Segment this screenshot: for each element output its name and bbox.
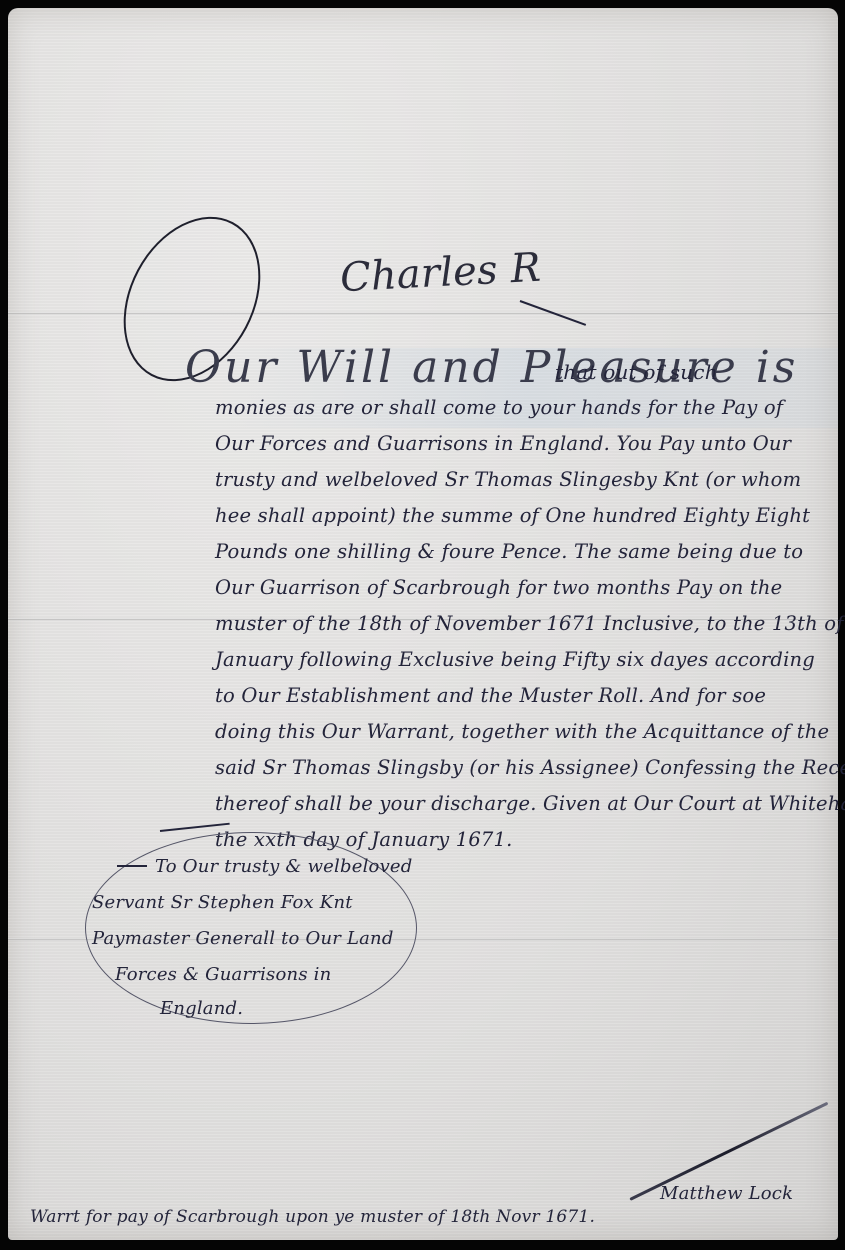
body-line-9: January following Exclusive being Fifty … <box>215 648 815 671</box>
body-line-3: Our Forces and Guarrisons in England. Yo… <box>215 432 791 455</box>
address-line-5: England. <box>160 998 243 1019</box>
address-line-3: Paymaster Generall to Our Land <box>92 928 394 949</box>
body-line-12: said Sr Thomas Slingsby (or his Assignee… <box>215 756 845 779</box>
body-line-4: trusty and welbeloved Sr Thomas Slingesb… <box>215 468 801 491</box>
endorsement-note: Warrt for pay of Scarbrough upon ye must… <box>30 1207 595 1227</box>
body-line-10: to Our Establishment and the Muster Roll… <box>215 684 766 707</box>
body-line-13: thereof shall be your discharge. Given a… <box>215 792 845 815</box>
address-dash <box>117 865 147 867</box>
body-line-1: that out of such <box>555 360 718 384</box>
body-line-5: hee shall appoint) the summe of One hund… <box>215 504 810 527</box>
address-line-4: Forces & Guarrisons in <box>115 964 331 985</box>
secretary-signature: Matthew Lock <box>660 1183 793 1204</box>
body-line-6: Pounds one shilling & foure Pence. The s… <box>215 540 803 563</box>
body-line-7: Our Guarrison of Scarbrough for two mont… <box>215 576 782 599</box>
body-line-11: doing this Our Warrant, together with th… <box>215 720 829 743</box>
body-line-8: muster of the 18th of November 1671 Incl… <box>215 612 844 635</box>
address-line-1: To Our trusty & welbeloved <box>155 856 413 877</box>
address-line-2: Servant Sr Stephen Fox Knt <box>92 892 353 913</box>
body-line-2: monies as are or shall come to your hand… <box>215 396 783 419</box>
